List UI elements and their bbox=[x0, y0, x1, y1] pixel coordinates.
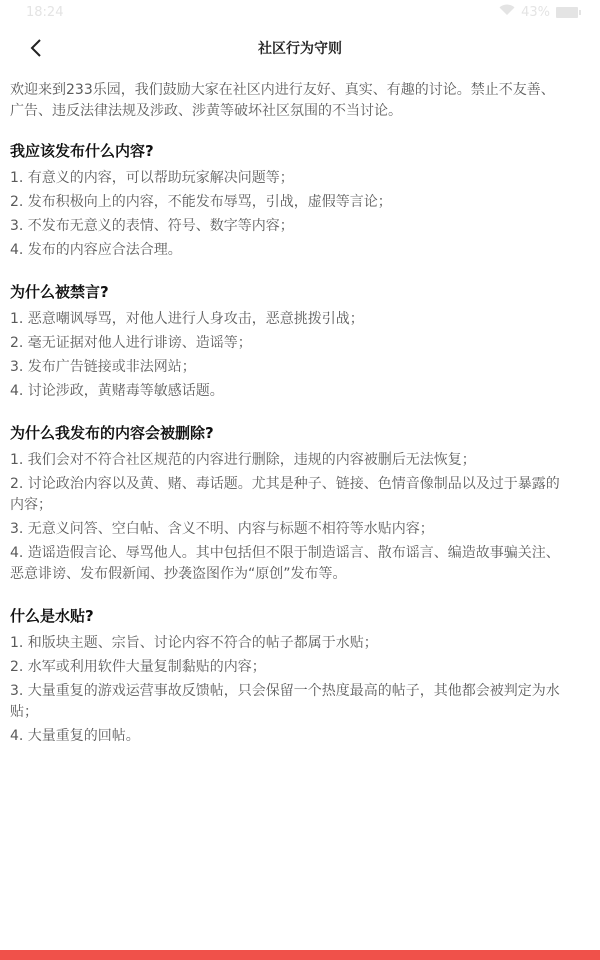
rules-content: 欢迎来到233乐园，我们鼓励大家在社区内进行友好、真实、有趣的讨论。禁止不友善、… bbox=[10, 80, 568, 767]
section-title: 为什么我发布的内容会被删除? bbox=[10, 422, 568, 444]
nav-bar: 社区行为守则 bbox=[0, 28, 600, 68]
section-why-deleted: 为什么我发布的内容会被删除? 1. 我们会对不符合社区规范的内容进行删除，违规的… bbox=[10, 422, 568, 585]
battery-charging-icon bbox=[556, 7, 578, 18]
list-item: 1. 有意义的内容，可以帮助玩家解决问题等； bbox=[10, 168, 568, 189]
section-title: 为什么被禁言? bbox=[10, 281, 568, 303]
section-what-to-post: 我应该发布什么内容? 1. 有意义的内容，可以帮助玩家解决问题等； 2. 发布积… bbox=[10, 140, 568, 261]
status-icons: 43% bbox=[499, 4, 578, 20]
list-item: 4. 发布的内容应合法合理。 bbox=[10, 240, 568, 261]
list-item: 2. 发布积极向上的内容，不能发布辱骂，引战，虚假等言论； bbox=[10, 192, 568, 213]
list-item: 3. 无意义问答、空白帖、含义不明、内容与标题不相符等水贴内容； bbox=[10, 519, 568, 540]
list-item: 3. 大量重复的游戏运营事故反馈帖，只会保留一个热度最高的帖子，其他都会被判定为… bbox=[10, 681, 568, 723]
list-item: 3. 发布广告链接或非法网站； bbox=[10, 357, 568, 378]
chevron-left-icon bbox=[30, 39, 42, 57]
page-title: 社区行为守则 bbox=[258, 38, 342, 58]
back-button[interactable] bbox=[24, 36, 48, 60]
intro-text: 欢迎来到233乐园，我们鼓励大家在社区内进行友好、真实、有趣的讨论。禁止不友善、… bbox=[10, 80, 568, 122]
list-item: 1. 我们会对不符合社区规范的内容进行删除，违规的内容被删后无法恢复； bbox=[10, 450, 568, 471]
list-item: 2. 毫无证据对他人进行诽谤、造谣等； bbox=[10, 333, 568, 354]
status-time: 18:24 bbox=[26, 5, 63, 20]
list-item: 1. 恶意嘲讽辱骂，对他人进行人身攻击，恶意挑拨引战； bbox=[10, 309, 568, 330]
bottom-accent-bar bbox=[0, 950, 600, 960]
status-bar: 18:24 43% bbox=[0, 0, 600, 24]
list-item: 4. 讨论涉政，黄赌毒等敏感话题。 bbox=[10, 381, 568, 402]
list-item: 3. 不发布无意义的表情、符号、数字等内容； bbox=[10, 216, 568, 237]
list-item: 2. 水军或利用软件大量复制黏贴的内容； bbox=[10, 657, 568, 678]
list-item: 2. 讨论政治内容以及黄、赌、毒话题。尤其是种子、链接、色情音像制品以及过于暴露… bbox=[10, 474, 568, 516]
section-title: 我应该发布什么内容? bbox=[10, 140, 568, 162]
battery-percent: 43% bbox=[521, 5, 550, 20]
section-what-is-spam: 什么是水贴? 1. 和版块主题、宗旨、讨论内容不符合的帖子都属于水贴； 2. 水… bbox=[10, 605, 568, 747]
section-title: 什么是水贴? bbox=[10, 605, 568, 627]
section-why-muted: 为什么被禁言? 1. 恶意嘲讽辱骂，对他人进行人身攻击，恶意挑拨引战； 2. 毫… bbox=[10, 281, 568, 402]
wifi-icon bbox=[499, 4, 515, 20]
list-item: 4. 大量重复的回帖。 bbox=[10, 726, 568, 747]
list-item: 1. 和版块主题、宗旨、讨论内容不符合的帖子都属于水贴； bbox=[10, 633, 568, 654]
list-item: 4. 造谣造假言论、辱骂他人。其中包括但不限于制造谣言、散布谣言、编造故事骗关注… bbox=[10, 543, 568, 585]
